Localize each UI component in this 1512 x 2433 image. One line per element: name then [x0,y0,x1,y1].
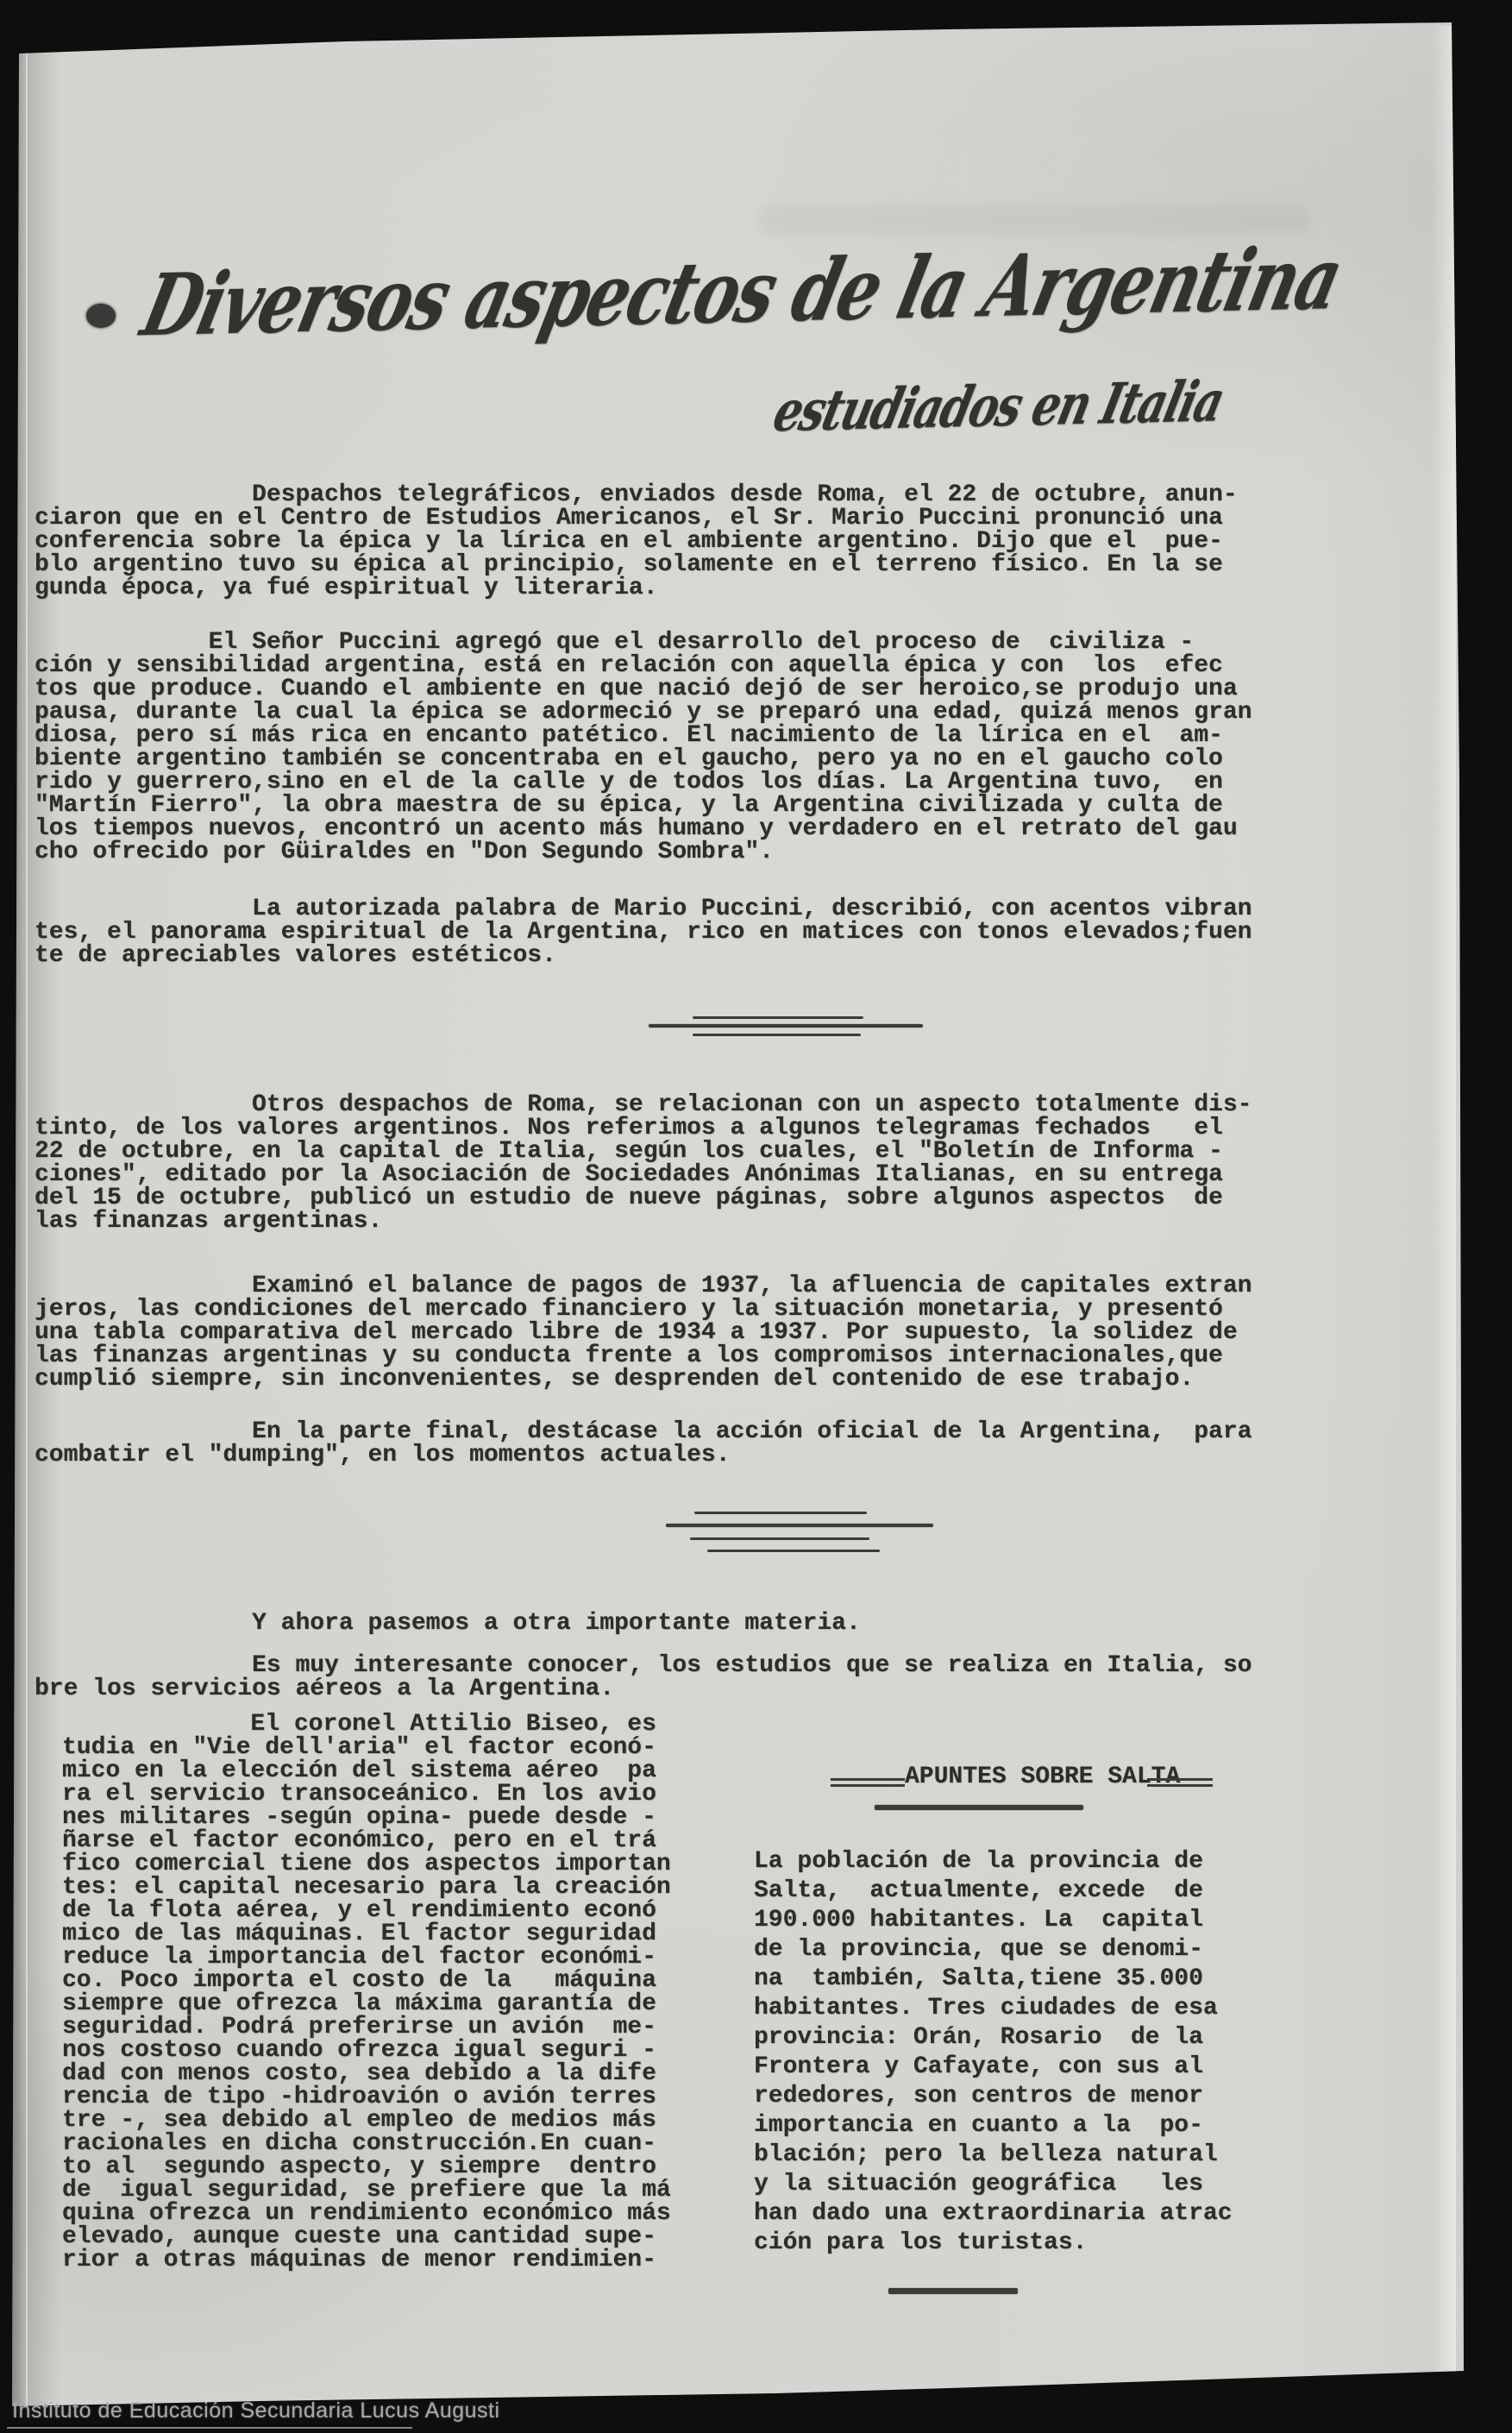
salta-column-text: La población de la provincia de Salta, a… [754,1847,1233,2258]
archive-watermark: Instituto de Educación Secundaria Lucus … [12,2398,500,2424]
document-page: Diversos aspectos de la Argentina estudi… [0,0,1512,2433]
left-column-attilio-biseo: El coronel Attilio Biseo, es tudia en "V… [62,1713,671,2272]
page-fold-line [26,52,28,2407]
heading-rule-right [1147,1778,1213,1787]
salta-heading: APUNTES SOBRE SALTA [905,1765,1180,1789]
paragraph-otros-despachos: Otros despachos de Roma, se relacionan c… [35,1093,1252,1233]
paragraph-balance-pagos: Examinó el balance de pagos de 1937, la … [35,1274,1252,1391]
paragraph-despachos: Despachos telegráficos, enviados desde R… [35,483,1238,600]
archive-watermark-underline [7,2427,412,2429]
scanned-page-background: Diversos aspectos de la Argentina estudi… [0,0,1512,2433]
paragraph-y-ahora: Y ahora pasemos a otra importante materi… [35,1612,861,1635]
bleed-through-ghost [759,205,1311,235]
bullet-mark [86,304,116,328]
heading-rule-left [831,1778,905,1787]
paragraph-dumping: En la parte final, destácase la acción o… [35,1420,1252,1467]
handwritten-title-line2: estudiados en Italia [768,368,1229,443]
paragraph-servicios-aereos: Es muy interesante conocer, los estudios… [35,1654,1252,1701]
heading-underline [875,1805,1083,1810]
handwritten-title-line1: Diversos aspectos de la Argentina [134,229,1351,355]
section-divider-3 [888,2288,1018,2294]
paragraph-puccini: El Señor Puccini agregó que el desarroll… [35,631,1252,864]
paragraph-autorizada: La autorizada palabra de Mario Puccini, … [35,897,1252,967]
right-page-edge [1432,26,1456,2381]
